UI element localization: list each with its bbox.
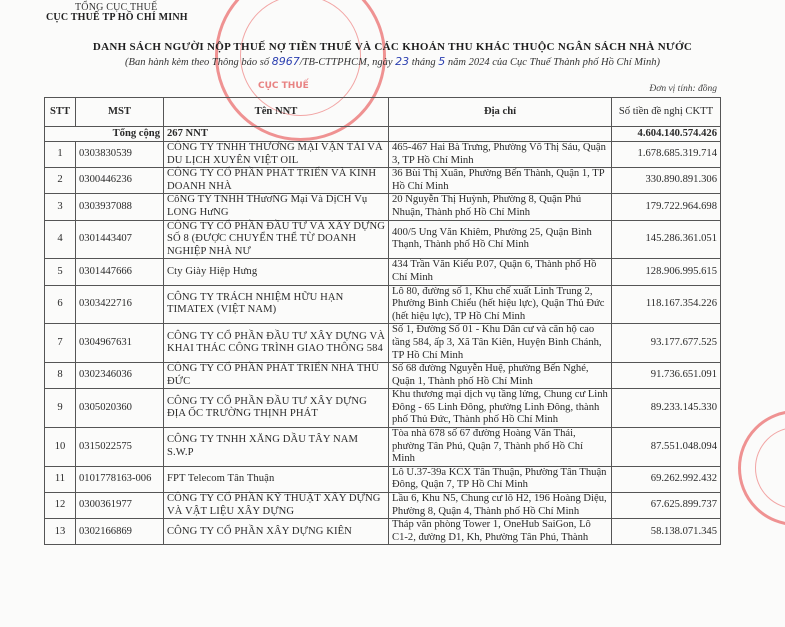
row-mst: 0301447666	[76, 259, 164, 285]
row-name: CÔNG TY CỔ PHẦN ĐẦU TƯ VÀ XÂY DỰNG SỐ 8 …	[164, 220, 389, 259]
row-stt: 2	[45, 168, 76, 194]
row-stt: 12	[45, 493, 76, 519]
row-stt: 6	[45, 285, 76, 324]
row-mst: 0101778163-006	[76, 466, 164, 492]
col-header-stt: STT	[45, 98, 76, 127]
table-row: 120300361977CÔNG TY CỔ PHẦN KỸ THUẬT XÂY…	[45, 493, 721, 519]
row-mst: 0305020360	[76, 389, 164, 428]
table-row: 50301447666Cty Giày Hiệp Hưng434 Trần Vă…	[45, 259, 721, 285]
row-name: FPT Telecom Tân Thuận	[164, 466, 389, 492]
row-name: CÔNG TY CỔ PHẦN KỸ THUẬT XÂY DỰNG VÀ VẬT…	[164, 493, 389, 519]
table-row: 60303422716CÔNG TY TRÁCH NHIỆM HỮU HẠN T…	[45, 285, 721, 324]
total-label: Tổng cộng	[45, 127, 164, 142]
row-stt: 7	[45, 324, 76, 363]
row-address: Tháp văn phòng Tower 1, OneHub SaiGon, L…	[389, 519, 612, 545]
table-row: 80302346036CÔNG TY CỔ PHẦN PHÁT TRIỂN NH…	[45, 363, 721, 389]
org-name: CỤC THUẾ TP HỒ CHÍ MINH	[46, 12, 188, 23]
table-row: 30303937088CôNG TY TNHH THươNG Mại Và Dị…	[45, 194, 721, 220]
unit-label: Đơn vị tính: đồng	[649, 84, 717, 94]
subtitle-mid1: /TB-CTTPHCM, ngày	[300, 57, 395, 68]
row-mst: 0300361977	[76, 493, 164, 519]
row-amount: 1.678.685.319.714	[612, 142, 721, 168]
row-mst: 0302346036	[76, 363, 164, 389]
table-header-row: STT MST Tên NNT Địa chỉ Số tiền đề nghị …	[45, 98, 721, 127]
row-amount: 93.177.677.525	[612, 324, 721, 363]
total-row: Tổng cộng 267 NNT 4.604.140.574.426	[45, 127, 721, 142]
col-header-address: Địa chỉ	[389, 98, 612, 127]
row-amount: 330.890.891.306	[612, 168, 721, 194]
document-title: DANH SÁCH NGƯỜI NỘP THUẾ NỢ TIỀN THUẾ VÀ…	[0, 41, 785, 53]
row-address: 36 Bùi Thị Xuân, Phường Bến Thành, Quận …	[389, 168, 612, 194]
row-stt: 8	[45, 363, 76, 389]
row-amount: 87.551.048.094	[612, 428, 721, 467]
row-mst: 0300446236	[76, 168, 164, 194]
row-stt: 3	[45, 194, 76, 220]
row-stt: 1	[45, 142, 76, 168]
col-header-mst: MST	[76, 98, 164, 127]
table-row: 100315022575CÔNG TY TNHH XĂNG DẦU TÂY NA…	[45, 428, 721, 467]
row-name: CÔNG TY CỔ PHẦN PHÁT TRIỂN NHÀ THỦ ĐỨC	[164, 363, 389, 389]
row-address: 400/5 Ung Văn Khiêm, Phường 25, Quận Bìn…	[389, 220, 612, 259]
row-address: Số 68 đường Nguyễn Huệ, phường Bến Nghé,…	[389, 363, 612, 389]
row-address: 20 Nguyễn Thị Huỳnh, Phường 8, Quận Phú …	[389, 194, 612, 220]
row-name: Cty Giày Hiệp Hưng	[164, 259, 389, 285]
row-address: Lô U.37-39a KCX Tân Thuận, Phường Tân Th…	[389, 466, 612, 492]
row-mst: 0315022575	[76, 428, 164, 467]
row-address: Khu thương mại dịch vụ tầng lửng, Chung …	[389, 389, 612, 428]
row-mst: 0303422716	[76, 285, 164, 324]
row-mst: 0304967631	[76, 324, 164, 363]
row-stt: 4	[45, 220, 76, 259]
table-row: 90305020360CÔNG TY CỔ PHẦN ĐẦU TƯ XÂY DỰ…	[45, 389, 721, 428]
subtitle-suffix: năm 2024 của Cục Thuế Thành phố Hồ Chí M…	[445, 57, 660, 68]
table-row: 110101778163-006FPT Telecom Tân ThuậnLô …	[45, 466, 721, 492]
stamp-text-top: CỤC THUẾ	[258, 81, 309, 91]
row-mst: 0301443407	[76, 220, 164, 259]
row-amount: 69.262.992.432	[612, 466, 721, 492]
row-amount: 128.906.995.615	[612, 259, 721, 285]
table-row: 130302166869CÔNG TY CỔ PHẦN XÂY DỰNG KIÊ…	[45, 519, 721, 545]
row-name: CÔNG TY CỔ PHẦN ĐẦU TƯ XÂY DỰNG ĐỊA ỐC T…	[164, 389, 389, 428]
col-header-name: Tên NNT	[164, 98, 389, 127]
row-address: 434 Trần Văn Kiểu P.07, Quận 6, Thành ph…	[389, 259, 612, 285]
row-stt: 5	[45, 259, 76, 285]
row-amount: 67.625.899.737	[612, 493, 721, 519]
row-mst: 0303830539	[76, 142, 164, 168]
red-seal-stamp-right	[738, 410, 785, 526]
row-name: CôNG TY TNHH THươNG Mại Và DịCH Vụ LONG …	[164, 194, 389, 220]
row-name: CÔNG TY TNHH XĂNG DẦU TÂY NAM S.W.P	[164, 428, 389, 467]
subtitle-mid2: tháng	[409, 57, 438, 68]
document-subtitle: (Ban hành kèm theo Thông báo số 8967/TB-…	[0, 55, 785, 68]
row-name: CÔNG TY TNHH THƯƠNG MẠI VẬN TẢI VÀ DU LỊ…	[164, 142, 389, 168]
table-row: 20300446236CÔNG TY CỔ PHẦN PHÁT TRIỂN VÀ…	[45, 168, 721, 194]
total-amount: 4.604.140.574.426	[612, 127, 721, 142]
row-amount: 118.167.354.226	[612, 285, 721, 324]
row-address: Số 1, Đường Số 01 - Khu Dân cư và căn hộ…	[389, 324, 612, 363]
row-stt: 13	[45, 519, 76, 545]
row-amount: 91.736.651.091	[612, 363, 721, 389]
row-mst: 0302166869	[76, 519, 164, 545]
col-header-amount: Số tiền đề nghị CKTT	[612, 98, 721, 127]
doc-number-handwritten: 8967	[272, 55, 300, 68]
table-row: 40301443407CÔNG TY CỔ PHẦN ĐẦU TƯ VÀ XÂY…	[45, 220, 721, 259]
row-amount: 145.286.361.051	[612, 220, 721, 259]
row-name: CÔNG TY TRÁCH NHIỆM HỮU HẠN TIMATEX (VIỆ…	[164, 285, 389, 324]
subtitle-prefix: (Ban hành kèm theo Thông báo số	[125, 57, 272, 68]
row-name: CÔNG TY CỔ PHẦN PHÁT TRIỂN VÀ KINH DOANH…	[164, 168, 389, 194]
row-stt: 11	[45, 466, 76, 492]
row-address: 465-467 Hai Bà Trưng, Phường Võ Thị Sáu,…	[389, 142, 612, 168]
row-amount: 179.722.964.698	[612, 194, 721, 220]
row-mst: 0303937088	[76, 194, 164, 220]
row-stt: 9	[45, 389, 76, 428]
row-amount: 89.233.145.330	[612, 389, 721, 428]
table-row: 70304967631CÔNG TY CỔ PHẦN ĐẦU TƯ XÂY DỰ…	[45, 324, 721, 363]
total-address-empty	[389, 127, 612, 142]
row-address: Lô 80, đường số 1, Khu chế xuất Linh Tru…	[389, 285, 612, 324]
row-amount: 58.138.071.345	[612, 519, 721, 545]
row-address: Tòa nhà 678 số 67 đường Hoàng Văn Thái, …	[389, 428, 612, 467]
day-handwritten: 23	[395, 55, 409, 68]
total-count: 267 NNT	[164, 127, 389, 142]
row-name: CÔNG TY CỔ PHẦN XÂY DỰNG KIÊN	[164, 519, 389, 545]
table-row: 10303830539CÔNG TY TNHH THƯƠNG MẠI VẬN T…	[45, 142, 721, 168]
row-address: Lầu 6, Khu N5, Chung cư lô H2, 196 Hoàng…	[389, 493, 612, 519]
row-name: CÔNG TY CỔ PHẦN ĐẦU TƯ XÂY DỰNG VÀ KHAI …	[164, 324, 389, 363]
row-stt: 10	[45, 428, 76, 467]
taxpayer-debt-table: STT MST Tên NNT Địa chỉ Số tiền đề nghị …	[44, 97, 721, 545]
